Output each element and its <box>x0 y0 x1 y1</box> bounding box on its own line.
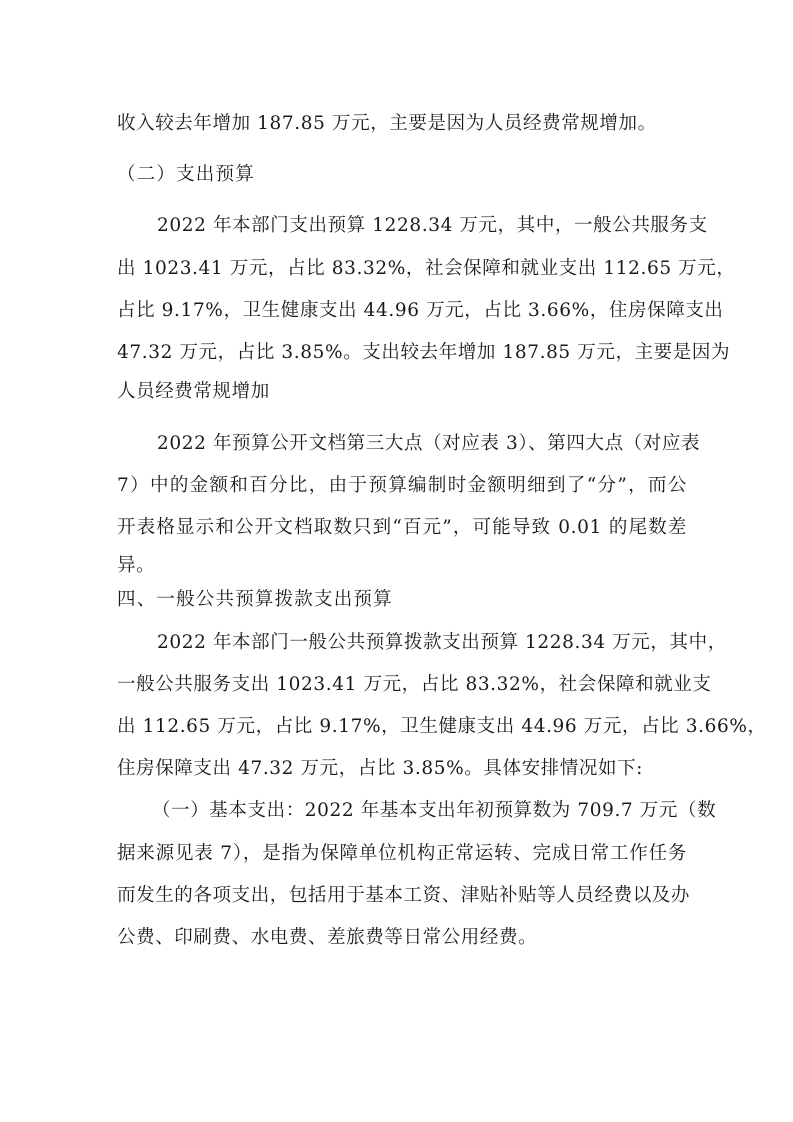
paragraph-line: 2022 年本部门一般公共预算拨款支出预算 1228.34 万元，其中， <box>157 629 687 657</box>
paragraph-line: 7）中的金额和百分比，由于预算编制时金额明细到了“分”，而公 <box>117 472 687 500</box>
paragraph-line: 2022 年预算公开文档第三大点（对应表 3）、第四大点（对应表 <box>157 430 687 458</box>
paragraph-line: 占比 9.17%，卫生健康支出 44.96 万元，占比 3.66%，住房保障支出 <box>117 297 687 325</box>
document-page: 收入较去年增加 187.85 万元，主要是因为人员经费常规增加。 （二）支出预算… <box>0 0 793 1122</box>
section-heading-expenditure-budget: （二）支出预算 <box>117 161 687 189</box>
paragraph-line: 住房保障支出 47.32 万元，占比 3.85%。具体安排情况如下: <box>117 755 687 783</box>
paragraph-line: 据来源见表 7），是指为保障单位机构正常运转、完成日常工作任务 <box>117 840 687 868</box>
paragraph-line: 47.32 万元，占比 3.85%。支出较去年增加 187.85 万元，主要是因… <box>117 339 687 367</box>
paragraph-line: 一般公共服务支出 1023.41 万元，占比 83.32%，社会保障和就业支 <box>117 671 687 699</box>
paragraph-line: 而发生的各项支出，包括用于基本工资、津贴补贴等人员经费以及办 <box>117 882 687 910</box>
paragraph-line: 异。 <box>117 552 687 580</box>
paragraph-line: 开表格显示和公开文档取数只到“百元”，可能导致 0.01 的尾数差 <box>117 514 687 542</box>
paragraph-line: 公费、印刷费、水电费、差旅费等日常公用经费。 <box>117 924 687 952</box>
paragraph-line: 人员经费常规增加 <box>117 378 687 406</box>
paragraph-line: 2022 年本部门支出预算 1228.34 万元，其中，一般公共服务支 <box>157 212 687 240</box>
paragraph-line: 出 1023.41 万元，占比 83.32%，社会保障和就业支出 112.65 … <box>117 255 687 283</box>
section-heading-general-public-budget: 四、一般公共预算拨款支出预算 <box>117 586 687 614</box>
paragraph-line: 出 112.65 万元，占比 9.17%，卫生健康支出 44.96 万元，占比 … <box>117 713 687 741</box>
paragraph-line: 收入较去年增加 187.85 万元，主要是因为人员经费常规增加。 <box>117 110 687 138</box>
paragraph-line: （一）基本支出：2022 年基本支出年初预算数为 709.7 万元（数 <box>152 797 687 825</box>
